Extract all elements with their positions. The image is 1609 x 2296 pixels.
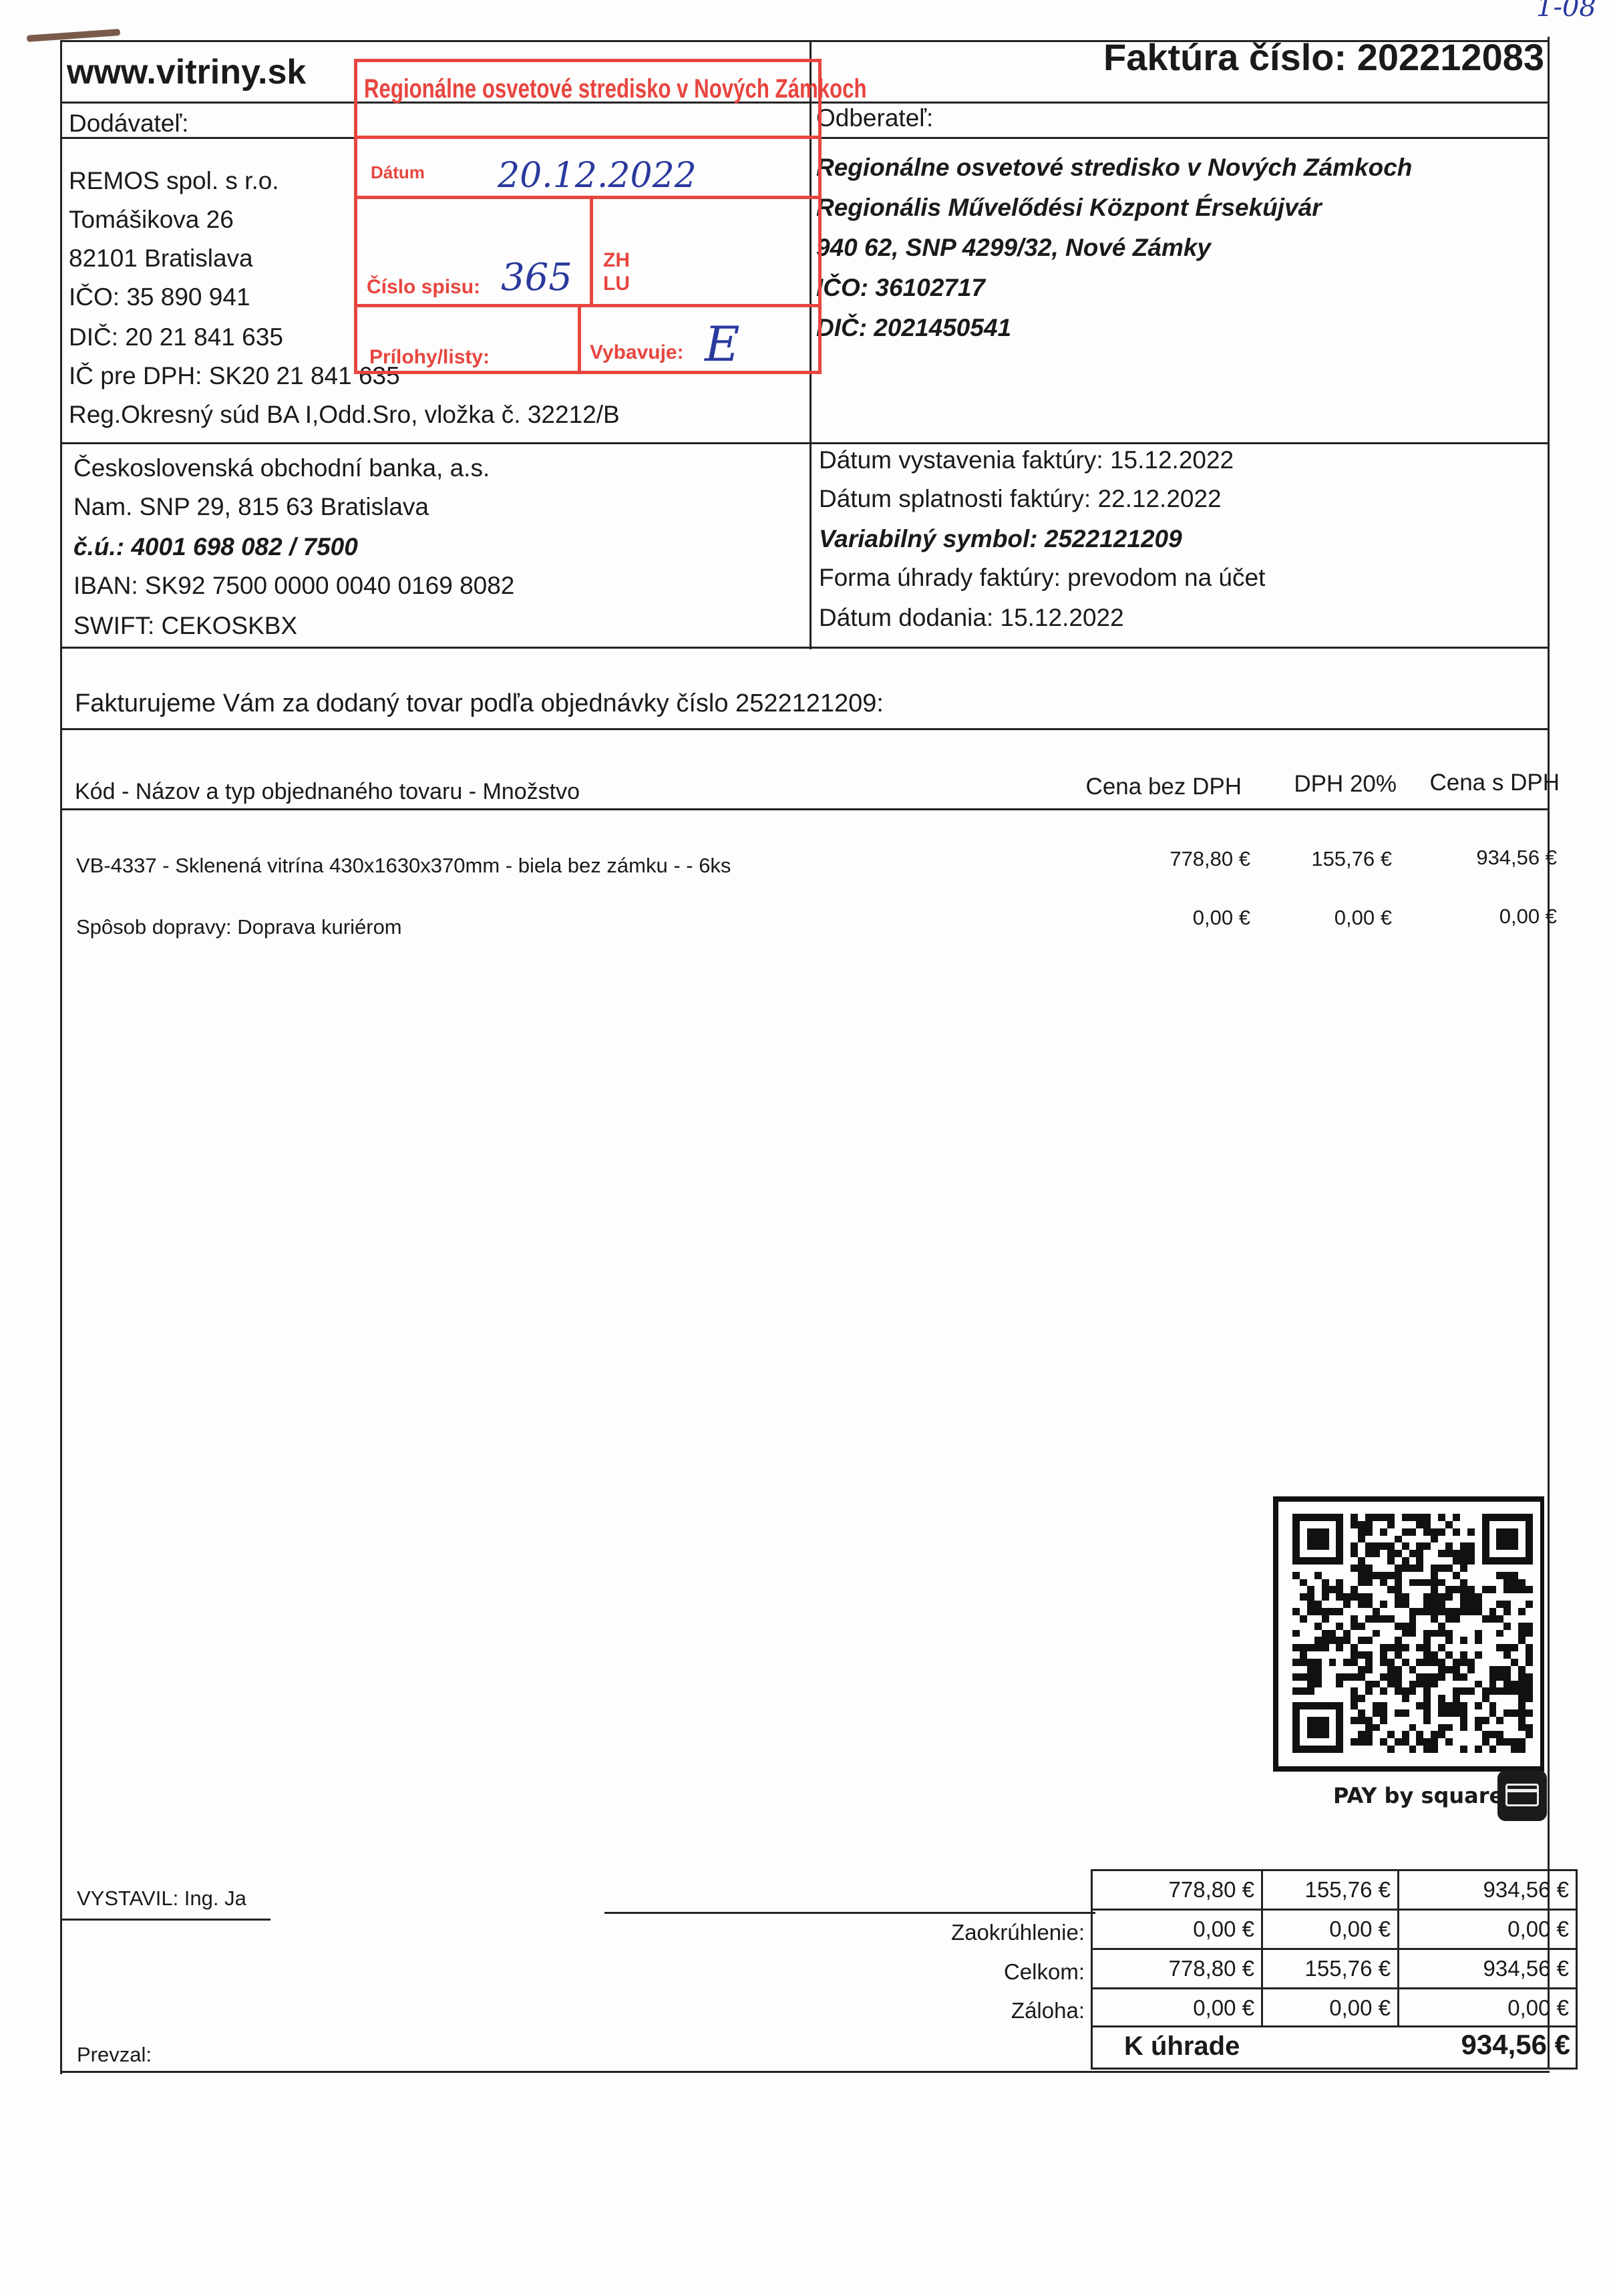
website-title: www.vitriny.sk <box>67 55 306 90</box>
received-by: Prevzal: <box>77 2044 152 2065</box>
supplier-line: Tomášikova 26 <box>69 207 234 232</box>
item-gross: 934,56 € <box>1476 847 1557 868</box>
stamp-divider <box>578 304 581 374</box>
table-header-divider <box>60 808 1550 810</box>
customer-line: IČO: 36102717 <box>816 275 985 300</box>
bank-swift: SWIFT: CEKOSKBX <box>73 613 297 638</box>
qr-code[interactable] <box>1292 1514 1533 1753</box>
supplier-line: Reg.Okresný súd BA I,Odd.Sro, vložka č. … <box>69 402 620 427</box>
supplier-line: IČ pre DPH: SK20 21 841 635 <box>69 363 400 388</box>
total-label: Celkom: <box>1004 1961 1085 1983</box>
deposit-gross: 0,00 € <box>1397 1987 1578 2027</box>
delivery-date: Dátum dodania: 15.12.2022 <box>819 605 1124 630</box>
supplier-label: Dodávateľ: <box>69 111 188 136</box>
deposit-vat: 0,00 € <box>1261 1987 1399 2027</box>
registry-stamp: Regionálne osvetové stredisko v Nových Z… <box>354 59 822 374</box>
frame-right <box>1548 37 1550 2068</box>
rounding-net: 0,00 € <box>1091 1909 1263 1950</box>
item-vat: 0,00 € <box>1334 907 1392 928</box>
bank-iban: IBAN: SK92 7500 0000 0040 0169 8082 <box>73 573 514 598</box>
rounding-vat: 0,00 € <box>1261 1909 1399 1950</box>
stamp-divider <box>590 196 593 306</box>
payment-card-icon <box>1497 1770 1547 1821</box>
col-header-description: Kód - Názov a typ objednaného tovaru - M… <box>75 780 580 803</box>
stamp-divider <box>357 136 818 139</box>
stamp-attachments-label: Prílohy/listy: <box>369 346 490 369</box>
item-gross: 0,00 € <box>1499 906 1557 927</box>
stamp-divider <box>357 196 818 199</box>
stamp-handler-value: E <box>705 316 740 372</box>
total-gross: 934,56 € <box>1397 1948 1578 1989</box>
divider-3 <box>60 442 1550 444</box>
issued-by: VYSTAVIL: Ing. Ja <box>77 1888 246 1909</box>
stamp-divider <box>357 304 818 307</box>
supplier-line: DIČ: 20 21 841 635 <box>69 325 283 349</box>
bank-name: Československá obchodní banka, a.s. <box>73 456 490 480</box>
stamp-file-value: 365 <box>501 256 572 299</box>
divider-5 <box>60 728 1550 730</box>
date-due: Dátum splatnosti faktúry: 22.12.2022 <box>819 486 1222 511</box>
invoice-title: Faktúra číslo: 202212083 <box>1103 39 1544 76</box>
stamp-file-label: Číslo spisu: <box>367 276 480 299</box>
col-header-gross: Cena s DPH <box>1429 771 1560 794</box>
rounding-label: Zaokrúhlenie: <box>951 1921 1085 1943</box>
handwritten-note: 1-08 <box>1536 0 1596 23</box>
variable-symbol: Variabilný symbol: 2522121209 <box>819 526 1182 551</box>
signature-line-right <box>604 1912 1095 1914</box>
pay-by-square-caption: PAY by square <box>1333 1785 1503 1806</box>
stamp-date-label: Dátum <box>371 162 425 183</box>
col-header-net: Cena bez DPH <box>1086 775 1242 798</box>
subtotal-vat: 155,76 € <box>1261 1869 1399 1911</box>
customer-label: Odberateľ: <box>816 106 933 130</box>
total-vat: 155,76 € <box>1261 1948 1399 1989</box>
item-net: 778,80 € <box>1170 848 1250 869</box>
stamp-handler-label: Vybavuje: <box>590 341 684 364</box>
total-net: 778,80 € <box>1091 1948 1263 1989</box>
customer-line: 940 62, SNP 4299/32, Nové Zámky <box>816 235 1211 260</box>
customer-line: Regionális Művelődési Központ Érsekújvár <box>816 195 1322 220</box>
item-net: 0,00 € <box>1193 907 1250 928</box>
supplier-line: REMOS spol. s r.o. <box>69 168 279 193</box>
order-intro: Fakturujeme Vám za dodaný tovar podľa ob… <box>75 691 884 716</box>
customer-line: DIČ: 2021450541 <box>816 315 1011 340</box>
frame-left <box>60 40 62 2074</box>
subtotal-net: 778,80 € <box>1091 1869 1263 1911</box>
frame-bottom <box>60 2071 1550 2073</box>
deposit-net: 0,00 € <box>1091 1987 1263 2027</box>
divider-4 <box>60 647 1550 649</box>
stamp-title: Regionálne osvetové stredisko v Nových Z… <box>364 74 867 104</box>
customer-line: Regionálne osvetové stredisko v Nových Z… <box>816 155 1412 180</box>
to-pay-value: 934,56 € <box>1461 2031 1571 2059</box>
bank-address: Nam. SNP 29, 815 63 Bratislava <box>73 494 429 519</box>
stamp-date-value: 20.12.2022 <box>498 156 697 196</box>
to-pay-label: K úhrade <box>1124 2033 1240 2060</box>
item-vat: 155,76 € <box>1311 848 1392 869</box>
payment-method: Forma úhrady faktúry: prevodom na účet <box>819 565 1265 590</box>
date-issued: Dátum vystavenia faktúry: 15.12.2022 <box>819 448 1234 472</box>
supplier-line: IČO: 35 890 941 <box>69 285 250 309</box>
stamp-lu: LU <box>603 273 630 295</box>
item-description: VB-4337 - Sklenená vitrína 430x1630x370m… <box>76 855 731 876</box>
bank-account: č.ú.: 4001 698 082 / 7500 <box>73 534 358 559</box>
supplier-line: 82101 Bratislava <box>69 246 253 271</box>
item-description: Spôsob dopravy: Doprava kuriérom <box>76 917 402 937</box>
rounding-gross: 0,00 € <box>1397 1909 1578 1950</box>
col-header-vat: DPH 20% <box>1294 772 1397 796</box>
stamp-zh: ZH <box>603 249 630 272</box>
deposit-label: Záloha: <box>1011 1999 1085 2021</box>
signature-line-left <box>60 1919 271 1921</box>
subtotal-gross: 934,56 € <box>1397 1869 1578 1911</box>
